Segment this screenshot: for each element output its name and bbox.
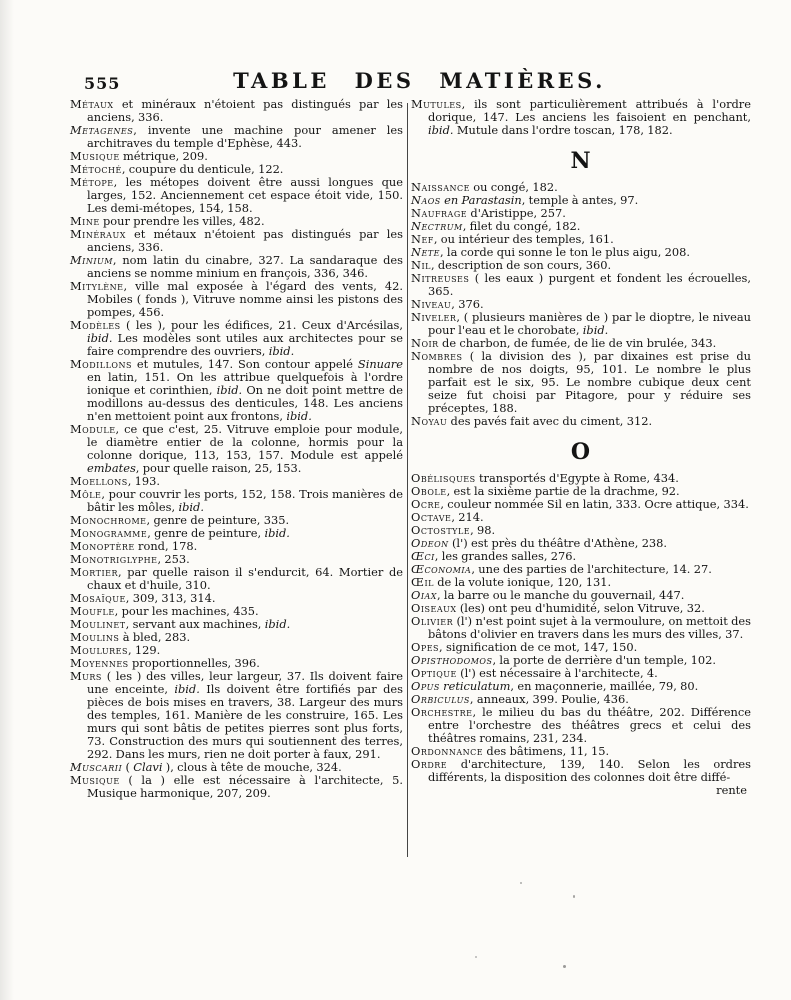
entry-text: , pour couvrir les ports, 152, 158. Troi… [87, 487, 403, 514]
entry-headword: Ordonnance [411, 744, 483, 758]
entry-text: et mutules, 147. Son contour appelé [132, 357, 358, 371]
entry-text: ( la division des ), par dixaines est pr… [428, 349, 751, 415]
entry-headword: Moufle [70, 604, 115, 618]
entry-headword: Mosaïque [70, 591, 126, 605]
index-entry: Métope, les métopes doivent être aussi l… [70, 176, 403, 215]
entry-text: rond, 178. [135, 539, 198, 553]
index-columns: Métaux et minéraux n'étoient pas disting… [70, 98, 751, 857]
entry-text: Les modèles sont utiles aux architectes … [87, 331, 403, 358]
index-entry: Mutules, ils sont particulièrement attri… [411, 98, 751, 137]
entry-italic: ibid. [87, 331, 113, 345]
entry-italic: ibid. [428, 123, 454, 137]
entry-italic: reticulatum [440, 679, 511, 693]
entry-text: ou congé, 182. [470, 180, 558, 194]
entry-headword: Orbiculus [411, 692, 470, 706]
entry-text: , pour quelle raison, 25, 153. [136, 461, 302, 475]
entry-headword: Monotriglyphe [70, 552, 157, 566]
entry-text: et minéraux n'étoient pas distingués par… [87, 97, 403, 124]
scan-speck [475, 956, 477, 958]
index-entry: Olivier (l') n'est point sujet à la verm… [411, 615, 751, 641]
entry-headword: Métaux [70, 97, 114, 111]
entry-headword: Nete [411, 245, 440, 259]
entry-text: , 193. [128, 474, 160, 488]
entry-text: métrique, 209. [120, 149, 208, 163]
index-entry: Musique ( la ) elle est nécessaire à l'a… [70, 774, 403, 800]
entry-text: , par quelle raison il s'endurcit, 64. M… [87, 565, 403, 592]
entry-headword: Oiseaux [411, 601, 457, 615]
entry-italic: en Parastasin [441, 193, 522, 207]
index-entry: Module, ce que c'est, 25. Vitruve emploi… [70, 423, 403, 475]
entry-headword: Obélisques [411, 471, 476, 485]
index-entry: Orchestre, le milieu du bas du théâtre, … [411, 706, 751, 745]
entry-headword: Œconomia [411, 562, 471, 576]
entry-italic: ibid. [264, 526, 290, 540]
entry-text: , temple à antes, 97. [522, 193, 639, 207]
index-entry: Metagenes, invente une machine pour amen… [70, 124, 403, 150]
index-entry: Mortier, par quelle raison il s'endurcit… [70, 566, 403, 592]
entry-text: (l') n'est point sujet à la vermoulure, … [428, 614, 751, 641]
entry-headword: Métope [70, 175, 114, 189]
entry-text: , filet du congé, 182. [463, 219, 581, 233]
entry-text: et métaux n'étoient pas distingués par l… [87, 227, 403, 254]
entry-headword: Moulinet [70, 617, 126, 631]
entry-text: d'architecture, 139, 140. Selon les ordr… [428, 757, 751, 784]
section-letter-O: O [411, 439, 751, 465]
entry-text: , 98. [470, 523, 495, 537]
entry-headword: Nef [411, 232, 434, 246]
catchword: rente [411, 784, 751, 797]
index-entry: Modèles ( les ), pour les édifices, 21. … [70, 319, 403, 358]
entry-headword: Moulins [70, 630, 119, 644]
entry-headword: Mutules [411, 97, 462, 111]
entry-text: , le milieu du bas du théâtre, 202. Diff… [428, 705, 751, 745]
section-letter-N: N [411, 148, 751, 174]
entry-text: , 253. [157, 552, 189, 566]
entry-text: transportés d'Egypte à Rome, 434. [476, 471, 679, 485]
entry-text: , invente une machine pour amener les ar… [87, 123, 403, 150]
entry-italic: Clavi [133, 760, 162, 774]
entry-text: à bled, 283. [119, 630, 190, 644]
entry-headword: Oiax [411, 588, 437, 602]
book-page: 555 TABLE DES MATIÈRES. Métaux et minéra… [0, 0, 791, 1000]
entry-text: , servant aux machines, [126, 617, 265, 631]
index-entry: Nombres ( la division des ), par dixaine… [411, 350, 751, 415]
scan-speck [563, 965, 566, 968]
index-entry: Môle, pour couvrir les ports, 152, 158. … [70, 488, 403, 514]
entry-text: , en maçonnerie, maillée, 79, 80. [510, 679, 698, 693]
entry-italic: ibid. [269, 344, 295, 358]
entry-headword: Œil [411, 575, 434, 589]
entry-headword: Noir [411, 336, 439, 350]
entry-headword: Metagenes [70, 123, 133, 137]
entry-headword: Môle [70, 487, 101, 501]
entry-headword: Opisthodomos [411, 653, 492, 667]
entry-text: , 376. [451, 297, 483, 311]
entry-headword: Mitylène [70, 279, 123, 293]
entry-italic: ibid. [286, 409, 312, 423]
entry-text: ), clous à tête de mouche, 324. [162, 760, 341, 774]
entry-text: , est la sixième partie de la drachme, 9… [447, 484, 680, 498]
entry-headword: Orchestre [411, 705, 472, 719]
entry-headword: Mortier [70, 565, 118, 579]
entry-text: , la corde qui sonne le ton le plus aigu… [440, 245, 690, 259]
index-entry: Niveler, ( plusieurs manières de ) par l… [411, 311, 751, 337]
entry-text: , nom latin du cinabre, 327. La sandaraq… [87, 253, 403, 280]
entry-text: des pavés fait avec du ciment, 312. [447, 414, 652, 428]
entry-text: ( la ) elle est nécessaire à l'architect… [87, 773, 403, 800]
entry-headword: Murs [70, 669, 102, 683]
entry-text: , les grandes salles, 276. [435, 549, 576, 563]
entry-text: , une des parties de l'architecture, 14.… [471, 562, 712, 576]
entry-text: , genre de peinture, 335. [147, 513, 290, 527]
index-entry: Métaux et minéraux n'étoient pas disting… [70, 98, 403, 124]
entry-text: , description de son cours, 360. [431, 258, 611, 272]
entry-headword: Œci [411, 549, 435, 563]
entry-headword: Métoché [70, 162, 122, 176]
entry-text: (les) ont peu d'humidité, selon Vitruve,… [457, 601, 705, 615]
entry-text: , coupure du denticule, 122. [122, 162, 284, 176]
entry-headword: Nectrum [411, 219, 463, 233]
scan-speck [573, 895, 575, 898]
entry-headword: Minéraux [70, 227, 126, 241]
entry-headword: Opes [411, 640, 439, 654]
index-entry: Noyau des pavés fait avec du ciment, 312… [411, 415, 751, 428]
entry-text: , ils sont particulièrement attribués à … [428, 97, 751, 124]
entry-text: (l') est nécessaire à l'architecte, 4. [457, 666, 658, 680]
entry-text: , pour les machines, 435. [115, 604, 259, 618]
index-entry: Mitylène, ville mal exposée à l'égard de… [70, 280, 403, 319]
entry-text: proportionnelles, 396. [129, 656, 260, 670]
entry-text: , ville mal exposée à l'égard des vents,… [87, 279, 403, 319]
left-column: Métaux et minéraux n'étoient pas disting… [70, 98, 403, 857]
entry-headword: Module [70, 422, 116, 436]
entry-text: Mutule dans l'ordre toscan, 178, 182. [454, 123, 673, 137]
entry-text: , les métopes doivent être aussi longues… [87, 175, 403, 215]
right-column: Mutules, ils sont particulièrement attri… [411, 98, 751, 857]
page-title: TABLE DES MATIÈRES. [24, 68, 791, 93]
entry-text: ( les eaux ) purgent et fondent les écro… [428, 271, 751, 298]
entry-text: , 309, 313, 314. [126, 591, 216, 605]
entry-text: , la barre ou le manche du gouvernail, 4… [437, 588, 684, 602]
entry-italic: ibid. [265, 617, 291, 631]
entry-italic: embates [87, 461, 136, 475]
column-divider-rule [407, 103, 408, 857]
entry-headword: Naos [411, 193, 441, 207]
entry-text: ( les ), pour les édifices, 21. Ceux d'A… [121, 318, 403, 332]
entry-text: d'Aristippe, 257. [467, 206, 566, 220]
entry-headword: Minium [70, 253, 113, 267]
index-entry: Ordre d'architecture, 139, 140. Selon le… [411, 758, 751, 784]
entry-headword: Modèles [70, 318, 121, 332]
entry-text: (l') est près du théâtre d'Athène, 238. [449, 536, 667, 550]
entry-text: , 129. [128, 643, 160, 657]
entry-text: , couleur nommée Sil en latin, 333. Ocre… [440, 497, 749, 511]
entry-text: , ou intérieur des temples, 161. [434, 232, 614, 246]
entry-text: , genre de peinture, [147, 526, 264, 540]
entry-text: , anneaux, 399. Poulie, 436. [470, 692, 629, 706]
entry-text: de charbon, de fumée, de lie de vin brul… [439, 336, 716, 350]
entry-text: ( [122, 760, 133, 774]
entry-text: , la porte de derrière d'un temple, 102. [492, 653, 716, 667]
entry-headword: Nitreuses [411, 271, 469, 285]
index-entry: Murs ( les ) des villes, leur largeur, 3… [70, 670, 403, 761]
entry-text: pour prendre les villes, 482. [100, 214, 265, 228]
index-entry: Modillons et mutules, 147. Son contour a… [70, 358, 403, 423]
entry-text: , 214. [451, 510, 483, 524]
entry-headword: Odeon [411, 536, 449, 550]
entry-headword: Optique [411, 666, 457, 680]
entry-headword: Naissance [411, 180, 470, 194]
entry-headword: Noyau [411, 414, 447, 428]
entry-headword: Olivier [411, 614, 453, 628]
entry-headword: Muscarii [70, 760, 122, 774]
entry-headword: Ordre [411, 757, 447, 771]
entry-italic: ibid. [178, 500, 204, 514]
entry-headword: Musique [70, 149, 120, 163]
page-header: 555 TABLE DES MATIÈRES. [0, 68, 791, 98]
entry-italic: ibid. [217, 383, 243, 397]
entry-headword: Obole [411, 484, 447, 498]
entry-headword: Musique [70, 773, 120, 787]
entry-headword: Ocre [411, 497, 440, 511]
entry-headword: Nombres [411, 349, 462, 363]
entry-headword: Moulures [70, 643, 128, 657]
entry-headword: Monochrome [70, 513, 147, 527]
entry-headword: Moyennes [70, 656, 129, 670]
entry-headword: Mine [70, 214, 100, 228]
entry-italic: ibid. [583, 323, 609, 337]
scan-speck [520, 882, 522, 884]
entry-headword: Octostyle [411, 523, 470, 537]
entry-headword: Niveler [411, 310, 456, 324]
entry-headword: Moellons [70, 474, 128, 488]
entry-italic: Sinuare [358, 357, 403, 371]
entry-headword: Niveau [411, 297, 451, 311]
entry-text: , ce que c'est, 25. Vitruve emploie pour… [87, 422, 403, 462]
entry-headword: Nil [411, 258, 431, 272]
entry-headword: Naufrage [411, 206, 467, 220]
scan-edge-shadow [0, 0, 14, 1000]
entry-italic: ibid. [174, 682, 200, 696]
index-entry: Minium, nom latin du cinabre, 327. La sa… [70, 254, 403, 280]
entry-headword: Monogramme [70, 526, 147, 540]
entry-text: de la volute ionique, 120, 131. [434, 575, 611, 589]
entry-headword: Opus [411, 679, 440, 693]
entry-text: , signification de ce mot, 147, 150. [439, 640, 637, 654]
entry-headword: Modillons [70, 357, 132, 371]
entry-headword: Monoptère [70, 539, 135, 553]
index-entry: Nitreuses ( les eaux ) purgent et fonden… [411, 272, 751, 298]
entry-headword: Octave [411, 510, 451, 524]
entry-text: des bâtimens, 11, 15. [483, 744, 609, 758]
index-entry: Minéraux et métaux n'étoient pas disting… [70, 228, 403, 254]
